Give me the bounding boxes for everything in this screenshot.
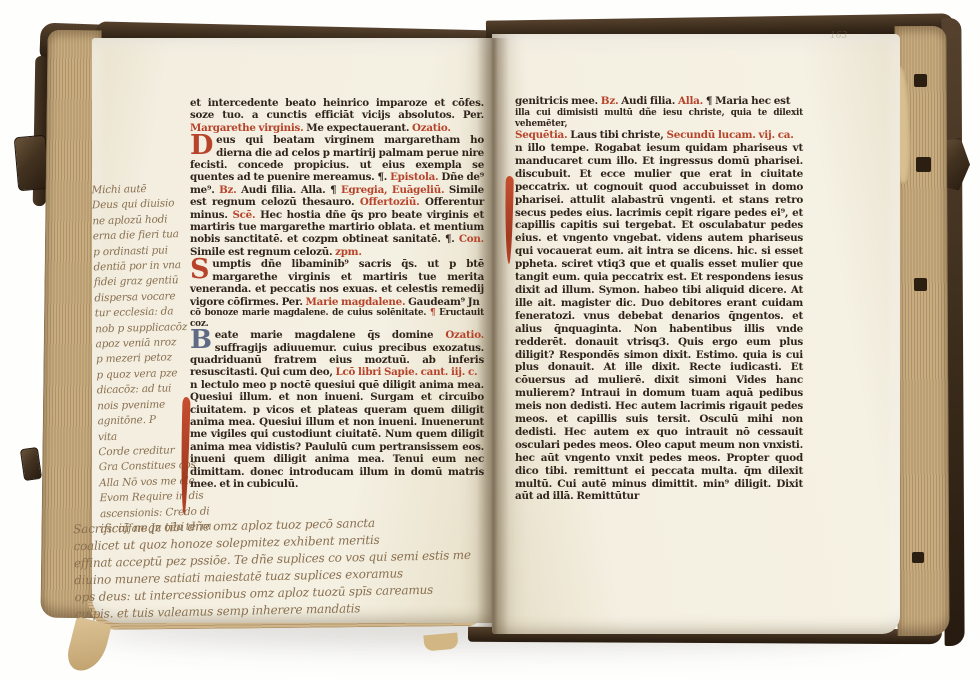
illuminated-initial: D: [190, 134, 216, 157]
rubric-text: Ozatio.: [445, 329, 484, 341]
paragraph: Beate marie magdalene q̄s domine Ozatio.…: [190, 329, 484, 379]
rubric-text: Marie magdalene.: [306, 296, 409, 308]
rubric-text: zpm.: [335, 246, 362, 258]
print-text: Simile est regnum celozū.: [190, 246, 335, 258]
paragraph: Deus qui beatam virginem margaretham ho …: [190, 134, 484, 258]
rubric-text: Egregia, Euāgeliū.: [341, 184, 449, 196]
print-text: illa cui dimisisti multū dñe iesu christ…: [515, 108, 803, 129]
rubric-text: Scē.: [232, 209, 260, 221]
paragraph: n illo tempe. Rogabat iesum quidam phari…: [515, 142, 803, 503]
rubric-text: Ozatio.: [412, 122, 451, 134]
rubric-text: Con.: [459, 233, 484, 245]
handwritten-line: nob p supplicacōz: [95, 319, 197, 337]
manuscript-photo: 163 Michi autēDeus qui diuisione aplozū …: [0, 0, 980, 679]
print-text: n illo tempe. Rogabat iesum quidam phari…: [515, 142, 803, 502]
index-tab-slot: [912, 552, 924, 563]
paragraph-small: cō bonoze marie magdalene. de cuius solē…: [190, 308, 484, 329]
rubric-text: Epistola.: [390, 171, 441, 183]
metal-fitting-left-lower: [20, 447, 42, 481]
printed-text-left-page: et intercedente beato heinrico imparoze …: [190, 97, 484, 490]
print-text: Gaudeam⁹ Jn: [408, 296, 479, 308]
printed-text-right-page: genitricis mee. Bz. Audi filia. Alla. ¶ …: [515, 95, 803, 503]
bookmark-tab-small: [423, 633, 458, 652]
rubric-text: Sequētia.: [515, 129, 570, 141]
print-text: Me expectauerant.: [306, 122, 412, 134]
index-tab-slot: [914, 74, 927, 87]
rubric-text: Secundū lucam. vij. ca.: [666, 129, 793, 141]
print-text: Audi filia.: [621, 95, 678, 107]
illuminated-initial: S: [190, 258, 212, 281]
print-text: Audi filia. Alla. ¶: [241, 184, 341, 196]
print-text: ¶ Maria hec est: [706, 95, 790, 107]
print-text: n lectulo meo p noctē quesiui quē diligi…: [190, 379, 484, 490]
bookmark-tab: [64, 616, 112, 675]
print-text: genitricis mee.: [515, 95, 601, 107]
index-tab-slot: [916, 157, 931, 172]
print-text: Laus tibi christe,: [570, 129, 666, 141]
rubric-text: Lcō libri Sapie. cant. iij. c.: [336, 366, 478, 378]
rubric-text: Margarethe virginis.: [190, 122, 306, 134]
rubric-text: Alla.: [678, 95, 706, 107]
rubric-text: Offertoziū.: [360, 196, 425, 208]
rubric-text: Bz.: [601, 95, 621, 107]
paragraph: Sumptis dñe libaminib⁹ sacris q̄s. ut p …: [190, 258, 484, 308]
paragraph: genitricis mee. Bz. Audi filia. Alla. ¶ …: [515, 95, 803, 108]
paragraph: n lectulo meo p noctē quesiui quē diligi…: [190, 379, 484, 491]
print-text: et intercedente beato heinrico imparoze …: [190, 97, 484, 121]
paragraph-small: illa cui dimisisti multū dñe iesu christ…: [515, 108, 803, 129]
index-tab-slot: [914, 278, 927, 291]
illuminated-initial: B: [190, 329, 215, 352]
folio-number: 163: [830, 31, 847, 41]
handwritten-line: dentiā por in vna: [93, 258, 195, 276]
print-text: eate marie magdalene q̄s domine: [215, 329, 446, 341]
rubric-text: Bz.: [219, 184, 241, 196]
print-text: cō bonoze marie magdalene. de cuius solē…: [190, 308, 430, 318]
paragraph: et intercedente beato heinrico imparoze …: [190, 97, 484, 134]
bottom-notes-handwriting: Sacrificiū neqz tibi dñe omz aploz tuoz …: [73, 513, 479, 623]
rubric-text: ¶: [430, 308, 439, 318]
paragraph: Sequētia. Laus tibi christe, Secundū luc…: [515, 129, 803, 142]
